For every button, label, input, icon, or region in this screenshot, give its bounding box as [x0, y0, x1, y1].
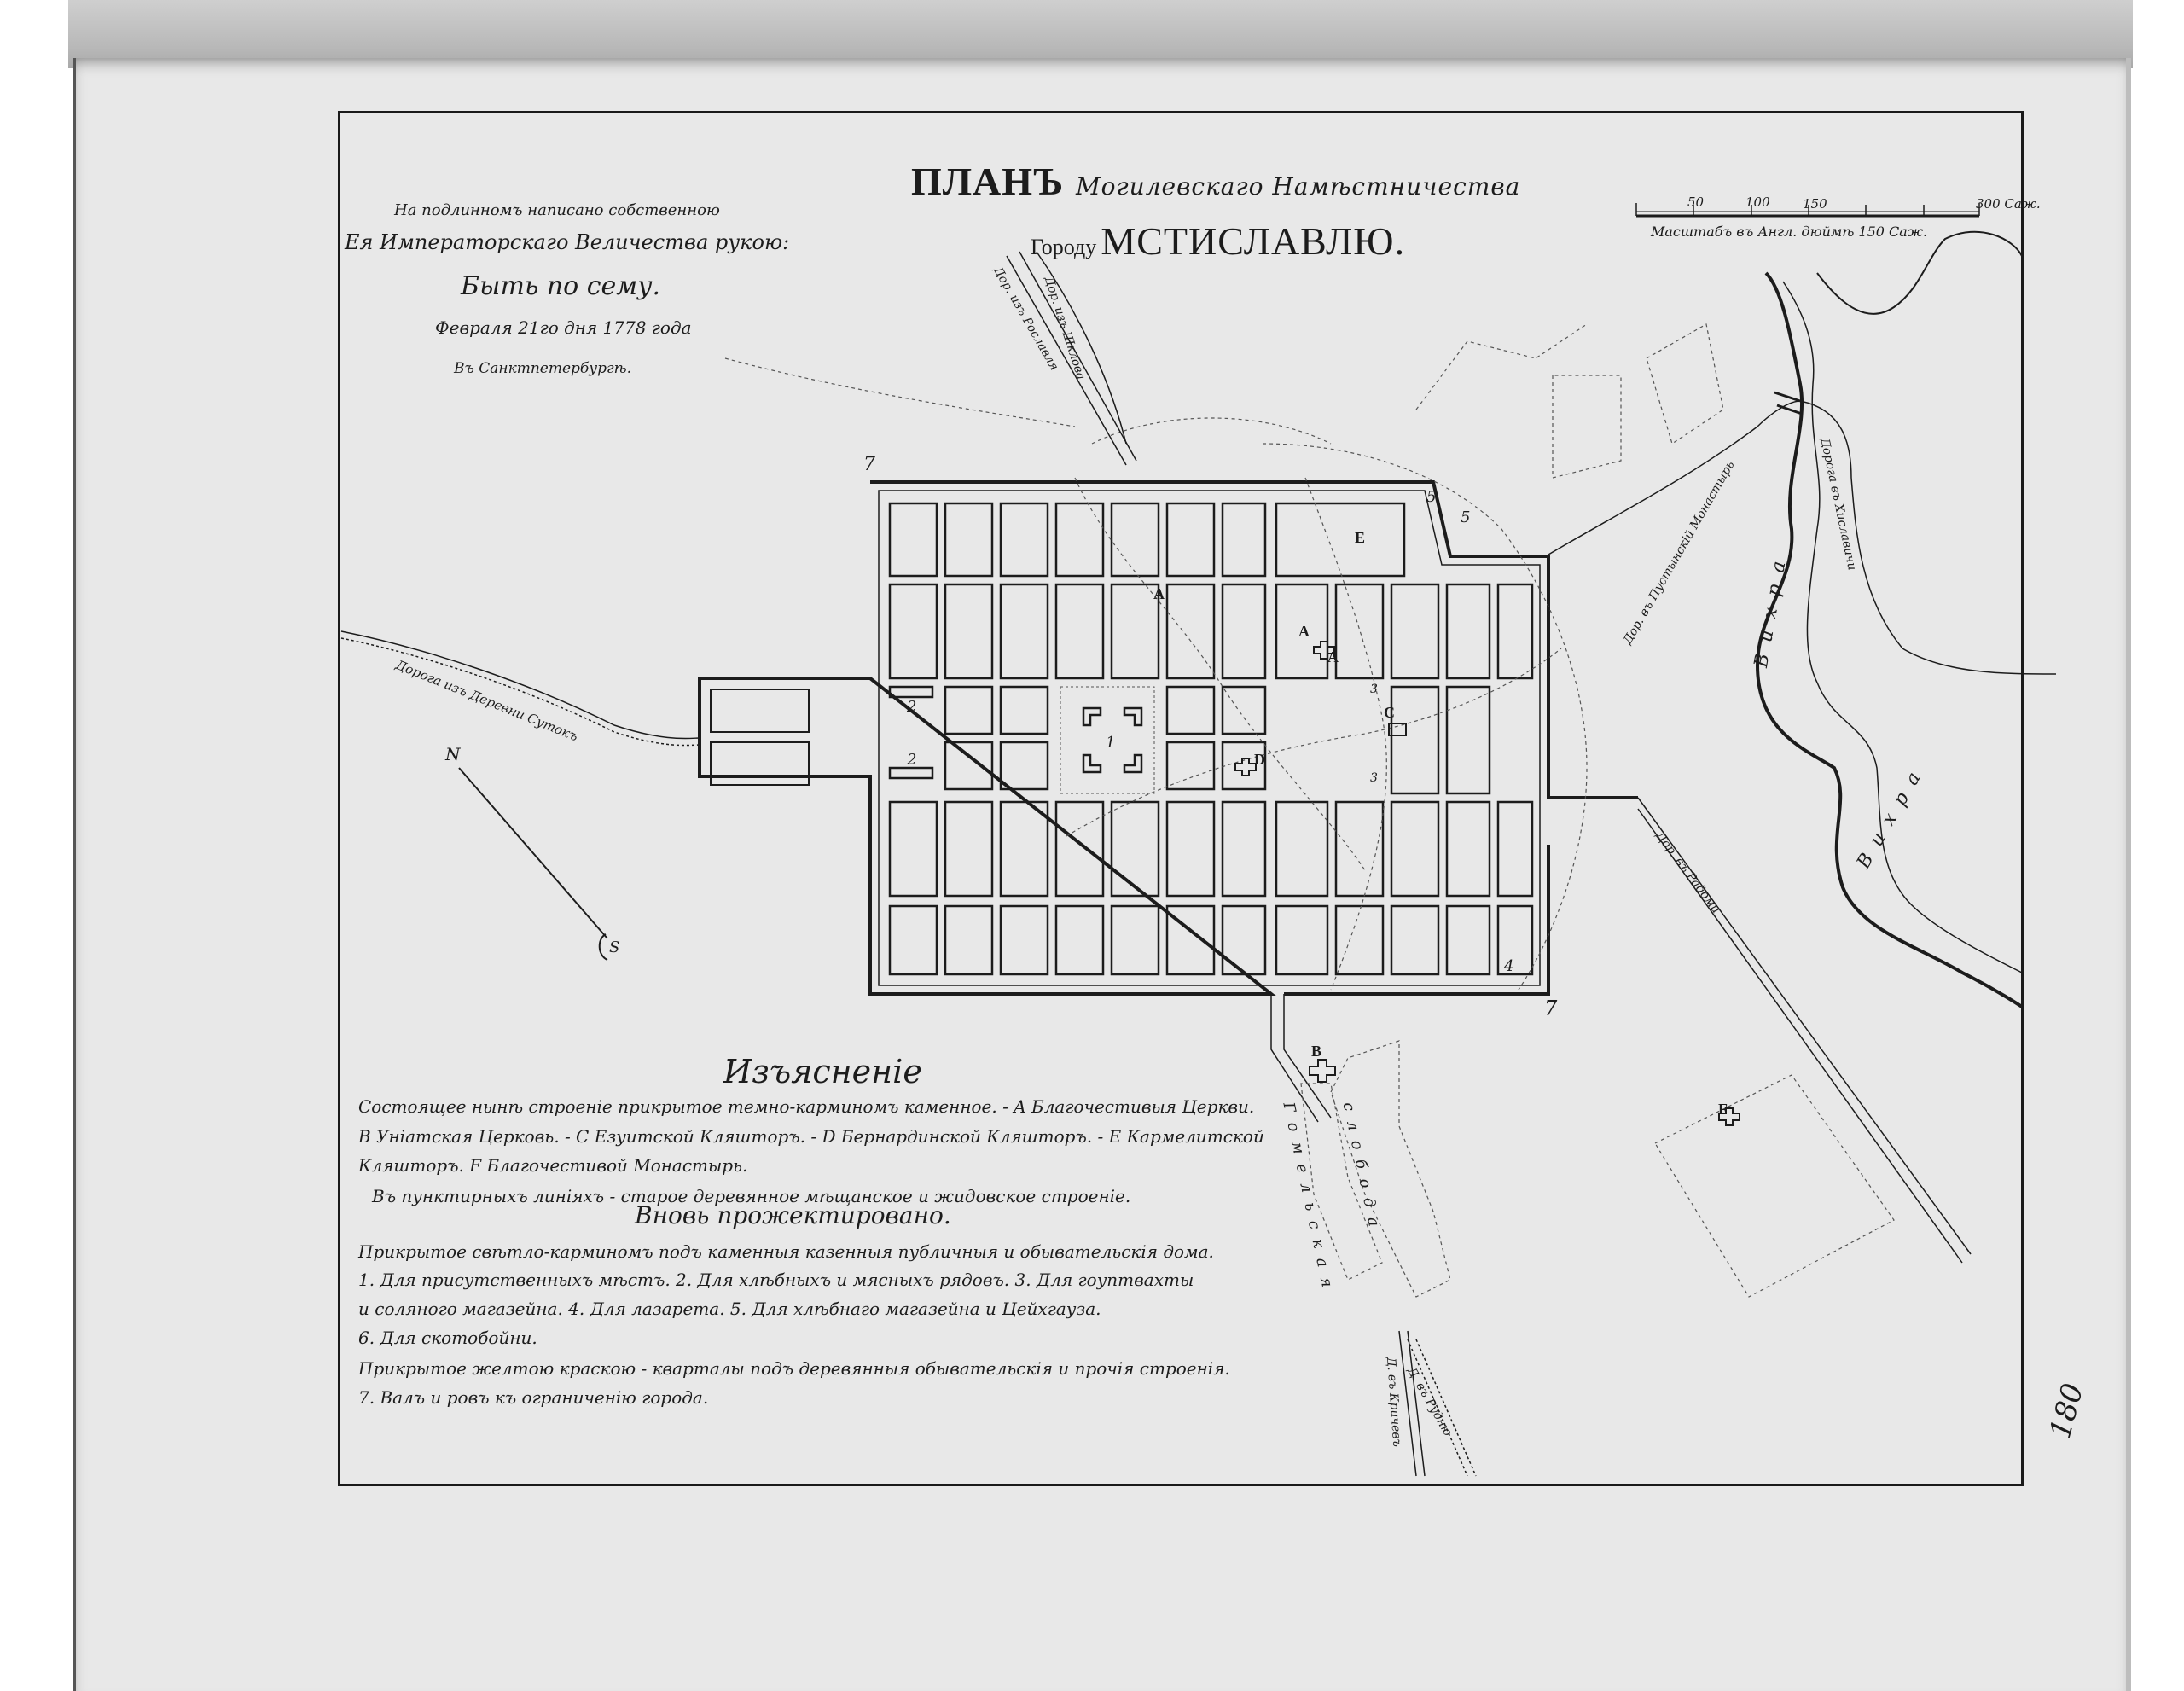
legend-yellow-note: Прикрытое желтою краскою - кварталы подъ… [358, 1358, 1230, 1379]
legend-existing-line-3: Кляшторъ. F Благочестивой Монастырь. [358, 1155, 747, 1176]
approval-line-3: Быть по сему. [461, 271, 660, 301]
title-city-prefix: Городу [1031, 235, 1096, 259]
compass-south-label: S [609, 938, 619, 956]
marker-letter-c: C [1384, 704, 1395, 722]
legend-projected-heading: Вновь прожектировано. [635, 1201, 951, 1229]
river-vikhra [1757, 232, 2022, 1007]
marker-number-5: 5 [1426, 488, 1436, 506]
title-caps: ПЛАНЪ [911, 160, 1064, 203]
approval-place: Въ Санктпетербургѣ. [454, 360, 631, 377]
marker-letter-e: E [1355, 529, 1365, 547]
legend-existing-intro: Состоящее нынѣ строеніе прикрытое темно-… [358, 1096, 1254, 1117]
map-title: ПЛАНЪ Могилевскаго Намѣстничества [911, 159, 1520, 204]
title-city-name: МСТИСЛАВЛЮ. [1101, 219, 1405, 263]
compass-north-label: N [445, 744, 461, 764]
legend-existing-line-2: B Уніатская Церковь. - C Езуитской Кляшт… [358, 1126, 1264, 1147]
marker-number-2: 2 [907, 751, 916, 769]
legend-item-7: 7. Валъ и ровъ къ ограниченію города. [358, 1387, 708, 1408]
old-street-overlay [725, 324, 1587, 990]
approval-date: Февраля 21го дня 1778 года [435, 317, 692, 338]
title-region: Могилевскаго Намѣстничества [1076, 172, 1520, 200]
suburb-parcels [1301, 324, 1894, 1297]
marker-number-1: 1 [1106, 734, 1115, 752]
marker-letter-d: D [1254, 751, 1265, 769]
marker-number-7: 7 [863, 454, 875, 475]
marker-number-2: 2 [907, 698, 916, 716]
city-blocks [890, 503, 1532, 974]
marker-number-5: 5 [1461, 508, 1470, 526]
legend-heading: Изъясненіе [723, 1053, 922, 1090]
legend-items-3-5: и соляного магазейна. 4. Для лазарета. 5… [358, 1299, 1101, 1319]
marker-letter-b: B [1311, 1043, 1321, 1061]
marker-letter-f: F [1718, 1101, 1728, 1119]
approval-line-2: Ея Императорскаго Величества рукою: [345, 230, 789, 254]
marker-letter-a: A [1153, 585, 1165, 603]
compass-needle [459, 768, 607, 960]
approval-line-1: На подлинномъ написано собственною [394, 201, 720, 219]
marker-letter-a: A [1327, 648, 1339, 666]
scale-tick-300: 300 Саж. [1976, 196, 2041, 212]
scale-caption: Масштабъ въ Англ. дюймѣ 150 Саж. [1651, 224, 1927, 240]
scale-tick-150: 150 [1803, 196, 1827, 212]
scale-tick-50: 50 [1687, 195, 1704, 210]
scale-tick-100: 100 [1745, 195, 1770, 210]
marker-number-4: 4 [1504, 957, 1513, 975]
legend-projected-intro: Прикрытое свѣтло-карминомъ подъ каменныя… [358, 1241, 1214, 1262]
map-subtitle: Городу МСТИСЛАВЛЮ. [1031, 218, 1405, 264]
marker-letter-a: A [1298, 623, 1310, 641]
legend-items-1-3: 1. Для присутственныхъ мѣстъ. 2. Для хлѣ… [358, 1270, 1194, 1290]
legend-item-6: 6. Для скотобойни. [358, 1328, 537, 1348]
marker-number-7: 7 [1544, 997, 1557, 1020]
marker-number-3: 3 [1370, 683, 1378, 696]
marker-number-3: 3 [1370, 771, 1378, 785]
